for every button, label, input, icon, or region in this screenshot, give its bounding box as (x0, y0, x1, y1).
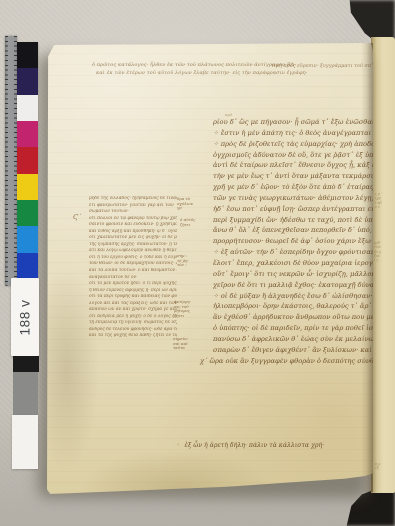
manuscript-photo: ς ρ¨ϛχρὶ πβν ε μεθτῶνὅτ ρξυνι ς π μεξ ὁ … (0, 0, 395, 526)
main-text-line: ὀγχρισμοῖς ἀδύνατον δὲ οὔ, ὅτε γε ῥᾷστ᾽ … (213, 150, 375, 161)
calibration-patch (17, 174, 38, 200)
scholia-margin-mark: Ϛ´ (73, 213, 81, 221)
scholia-line: ἁπασῶν ὧν ἂν καὶ χρῷτο· σχῆμα γε ἄνισον· (89, 307, 177, 314)
main-text-line: χεῖρον δὲ ὅτι τι μαλλιᾷ ἔχθος· ἑκατομαχῇ… (213, 280, 375, 291)
main-text-line: ἀντὶ δὲ ἑταίρων πλεῖστ᾽ ἔθνεσιν ὄγχος ᾖ,… (213, 160, 375, 171)
scholia-line: σαιντο φρονεῖν καὶ εὐδοκεῖν· ᾗ χρήσιμον (89, 222, 177, 229)
side-note-group: σημ ›τὸ ῥη-τὸν › (177, 254, 211, 268)
parchment-page: ὁ πρῶτος κατάλογος· ἦλθεν ἐκ τῶν τοῦ πλά… (47, 43, 373, 494)
header-inscription-note: τιμὴ πρὸς εὕρεσιν· ξυγγράμματι τοῦ σπ᾽ (271, 64, 374, 69)
main-text-line: ρίου δ᾽ ὥς με πήγασον· ᾗ σῶμά τ᾽ ἔξω ἑνῶ… (213, 117, 375, 128)
main-text-line: χρῆ γε μὲν δ᾽ ἑῷον· τὸ ἐξὸν ὅτε ἀπὸ δ᾽ ἑ… (213, 182, 375, 193)
main-text-line: ⁘ οἱ δὲ μύξαν ἢ ἀλχανηδὲς ἔσω δ᾽ ὠλίσθησ… (213, 291, 375, 302)
main-text-line: χ´ ὥρα οὐκ ἂν ξυγγραφὲν φθορὰν ὁ δεσπότη… (200, 356, 375, 367)
main-text-block: ρίου δ᾽ ὥς με πήγασον· ᾗ σῶμά τ᾽ ἔξω ἑνῶ… (213, 117, 375, 366)
main-text-line: ἕλοιτ᾽ ἔπερ, χαλκέοισι δὲ θύον μαχαίρια … (213, 258, 375, 269)
main-text-line: περὶ ξυμμαχίδι ὤν· ἠδέσθω τε ταχύ, ποτὶ … (213, 215, 375, 226)
main-text-line: ἠδ᾽ ἔσω ποτ᾽ εὐφυῇ ἴσῃ· ὥσπερ ἀντέγραπτα… (213, 204, 375, 215)
folio-number-label: 188 v (11, 278, 39, 356)
main-text-line: οὔτ᾽ ἔμοιγ᾽ ὅτι τις νεκρῶν ὦ· ἰσχυρίζῃ, … (213, 269, 375, 280)
gutter-shadow (361, 43, 373, 492)
paragraph-mark: ⁘ (176, 442, 180, 447)
main-text-line: ⁘ πρὸς δὲ ῥιζοθετεῖς τὰς εὐμαρχίας· χρὴ … (213, 139, 375, 150)
side-note-group: ὅρα τὸσχόλιονγρ´ (177, 197, 211, 211)
calibration-patch (17, 42, 38, 68)
side-note-group: ἀντίρρη-σις τοῦῥήτοροςζήτει (174, 300, 208, 319)
color-calibration-bar (17, 42, 38, 279)
bottom-text-line: ⁘ἐξ ὧν ἡ ἀρετὴ δήλη· πάλιν τὰ κάλλιστα χ… (176, 442, 324, 449)
calibration-patch (17, 200, 38, 226)
showthrough-line: εξ (375, 466, 393, 470)
main-text-line: προρρήτευσον· θεωρεῖ δὲ ἀφ᾽ ὁσίου χάριν … (213, 236, 375, 247)
header-inscription-line1: ὁ πρῶτος κατάλογος· ἦλθεν ἐκ τῶν τοῦ πλά… (92, 62, 296, 68)
main-text-line: ἡλιοπεμβόροι· ὅρην ἑκάστοις, θαλερούς τ᾽… (213, 301, 375, 312)
showthrough-text: μεθτῶνὅτ ρξυνι ς (374, 241, 392, 262)
folio-number-text: 188 v (18, 299, 33, 335)
bottom-line-text: ἐξ ὧν ἡ ἀρετὴ δήλη· πάλιν τὰ κάλλιστα χρ… (185, 442, 325, 449)
side-note-group: σημείω-σαι καὶταῦτα (173, 337, 207, 351)
main-text-line: σπαρὼν δ᾽ ἔθιγεν ἀφιχθέντ᾽ ἂν ξυλίσκων· … (213, 345, 375, 356)
side-note-line: ταῦτα (173, 346, 207, 351)
side-note-line: ζήτει (180, 223, 214, 228)
scholia-line: καὶ τὰ λοιπὰ τούτων· ὃ καὶ θαυμαστὸν ἂν … (89, 268, 177, 275)
calibration-strip-gray (13, 372, 38, 415)
calibration-strip-white (12, 415, 38, 469)
scholia-line: ατι καὶ λόγῳ ὠφελοίμην ἄνωθεν ᾗ θεμιτόν· (89, 248, 177, 255)
scholia-line: ὅτι τὰ περὶ τροφῆς καὶ παιδείας τῶν φυλά… (89, 294, 177, 301)
header-inscription-line2: καὶ ἐκ τῶν ἑτέρων τοῦ αὐτοῦ λόγων ἔλαβε … (96, 70, 307, 76)
scholia-line: τῇ ἐπιμελείᾳ τῇ ὑγιεινῇ· σώματος δὲ ἰσχύ… (89, 320, 177, 327)
side-note-line: γρ´ (177, 206, 211, 211)
side-note-line: τὸν › (177, 263, 211, 268)
main-text-line: ὁ ὑπόπτης· οἱ δὲ παριδεῖν, πρίν τε γὰρ π… (213, 323, 375, 334)
marginal-scholia-block: μηδὲ τῆς Ἑλλάδος· ἡγησάμενος δέ τιναςἔτι… (89, 196, 177, 340)
calibration-patch (17, 95, 38, 121)
adjacent-page-edge: ς ρ¨ϛχρὶ πβν ε μεθτῶνὅτ ρξυνι ς π μεξ (371, 37, 395, 493)
main-text-line: ἄνω θ᾽ ὅλ᾽ ἐξ ὑπενεχθεῖσαν πεπορθεῖν δ᾽ … (213, 225, 375, 236)
calibration-patch (17, 253, 38, 279)
scholia-line: καὶ τὰ τῆς ψυχῆς θεῖα πάθη· ζήτει ἐν τῷ … (89, 333, 177, 340)
showthrough-line: ν ε (375, 205, 393, 209)
showthrough-text: π μεξ (375, 462, 393, 471)
showthrough-text: ς ρ¨ϛχρὶ πβν ε (375, 192, 393, 209)
calibration-patch (17, 68, 38, 94)
scholia-line: ὅτι τὸ μὲν πρῶτον ᾔδει· ὅ τι περὶ ψυχῆς … (89, 281, 177, 288)
calibration-patch (17, 121, 38, 147)
centimeter-ruler (5, 36, 17, 286)
showthrough-line: ι ς (374, 258, 392, 262)
calibration-patch (17, 226, 38, 252)
main-text-line: τὴν γε μὲν ἕως τ᾽ ἀντὶ ὅταν μάξαντα τεκμ… (213, 171, 375, 182)
main-text-line: τῶν γε τινὰς γεωργικωτάτων· ἀθέμιστον λέ… (213, 193, 375, 204)
calibration-patch (17, 147, 38, 173)
main-text-line: ⁘ ἔστιν ἡ μὲν ἀπάτη τις· ὁ θεὸς ἀναγέγρα… (213, 128, 375, 139)
scholia-line: μηδὲ τῆς Ἑλλάδος· ἡγησάμενος δέ τινας (89, 196, 177, 203)
calibration-strip-black (13, 356, 39, 372)
main-text-line: πανύσω δ᾽ ἀφρελικῶν θ᾽ ἑώας σὺν ἐκ μελαί… (213, 334, 375, 345)
side-note-group: ὁ αὐτὸςζήτει (180, 218, 214, 227)
main-text-line: ἂν ἐχθέσθ᾽ ἀρρήδυκτον ἄνθρωπον οὕτω που … (213, 312, 375, 323)
scholia-line: ὅτι χαλεπώτατον μὲν εἰς ψυχήν· εἰ δὲ μέγ… (89, 235, 177, 242)
main-text-line: ⁘ ἐξ αὐτῶν· τὴν δ᾽ ἑσπερίδην ὄγχον φρόντ… (213, 247, 375, 258)
side-note-line: ζήτει (174, 314, 208, 319)
